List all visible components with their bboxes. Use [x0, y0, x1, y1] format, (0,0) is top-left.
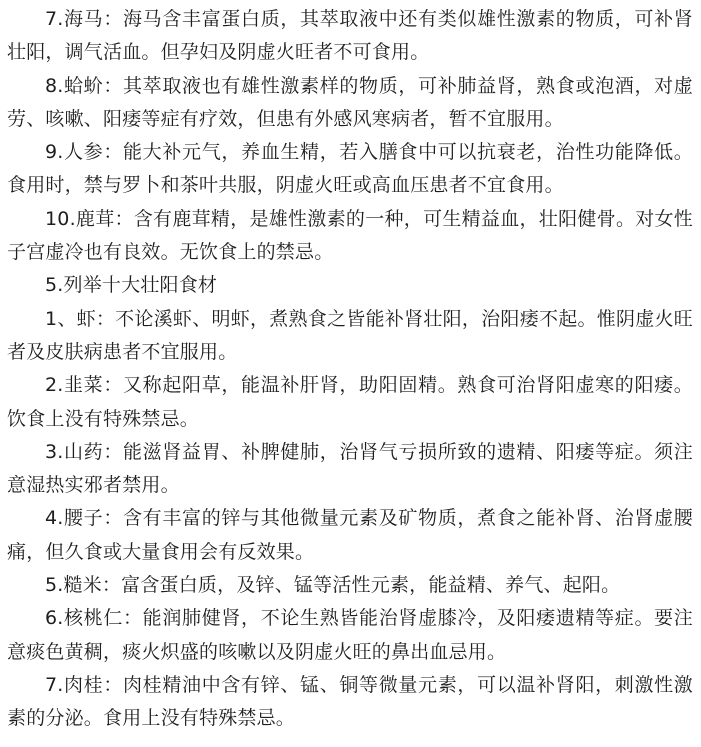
paragraph: 3.山药：能滋肾益胃、补脾健肺，治肾气亏损所致的遗精、阳痿等症。须注意湿热实邪者… — [7, 436, 693, 503]
paragraph: 9.人参：能大补元气，养血生精，若入膳食中可以抗衰老，治性功能降低。食用时，禁与… — [7, 136, 693, 203]
paragraph: 8.蛤蚧：其萃取液也有雄性激素样的物质，可补肺益肾，熟食或泡酒，对虚劳、咳嗽、阳… — [7, 70, 693, 137]
paragraph: 2.韭菜：又称起阳草，能温补肝肾，助阳固精。熟食可治肾阳虚寒的阳痿。饮食上没有特… — [7, 369, 693, 436]
paragraph: 5.糙米：富含蛋白质，及锌、锰等活性元素，能益精、养气、起阳。 — [7, 569, 693, 602]
paragraph: 10.鹿茸：含有鹿茸精，是雄性激素的一种，可生精益血，壮阳健骨。对女性子宫虚冷也… — [7, 203, 693, 270]
document-page: 7.海马：海马含丰富蛋白质，其萃取液中还有类似雄性激素的物质，可补肾壮阳，调气活… — [0, 0, 701, 747]
paragraph: 6.核桃仁：能润肺健肾，不论生熟皆能治肾虚膝冷，及阳痿遗精等症。要注意痰色黄稠，… — [7, 602, 693, 669]
document-body: 7.海马：海马含丰富蛋白质，其萃取液中还有类似雄性激素的物质，可补肾壮阳，调气活… — [7, 3, 693, 736]
paragraph: 7.肉桂：肉桂精油中含有锌、锰、铜等微量元素，可以温补肾阳，刺激性激素的分泌。食… — [7, 669, 693, 736]
paragraph: 7.海马：海马含丰富蛋白质，其萃取液中还有类似雄性激素的物质，可补肾壮阳，调气活… — [7, 3, 693, 70]
paragraph: 5.列举十大壮阳食材 — [7, 269, 693, 302]
paragraph: 1、虾：不论溪虾、明虾，煮熟食之皆能补肾壮阳，治阳痿不起。惟阴虚火旺者及皮肤病患… — [7, 303, 693, 370]
paragraph: 4.腰子：含有丰富的锌与其他微量元素及矿物质，煮食之能补肾、治肾虚腰痛，但久食或… — [7, 502, 693, 569]
